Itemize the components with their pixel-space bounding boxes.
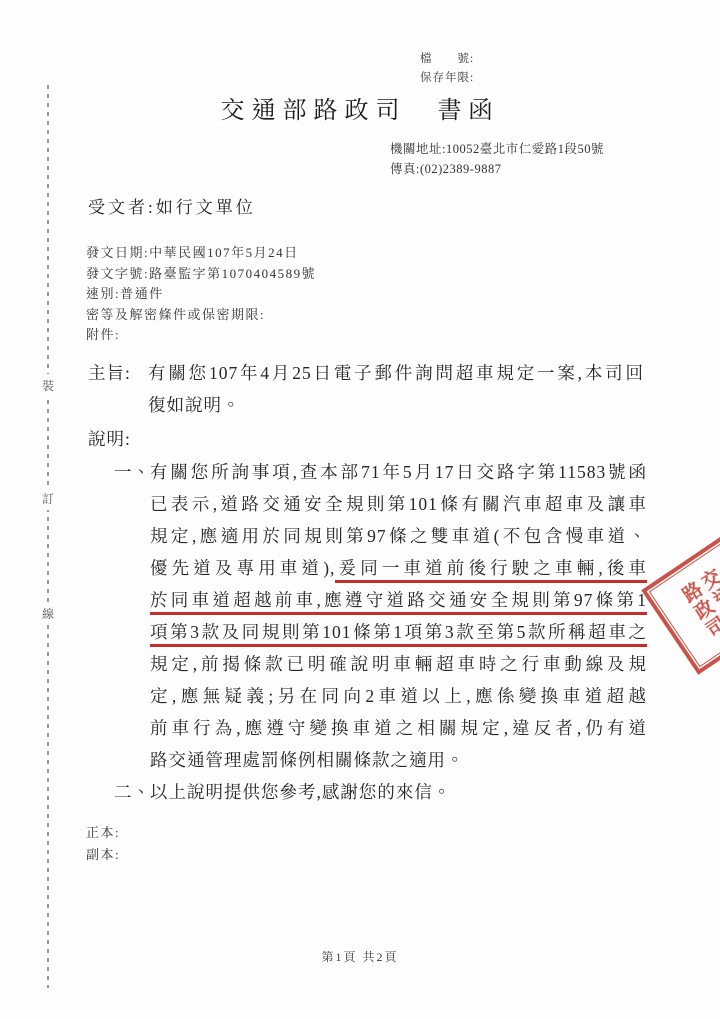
agency-contact-block: 機關地址:10052臺北市仁愛路1段50號 傳真:(02)2389-9887 [390,139,604,179]
agency-address: 機關地址:10052臺北市仁愛路1段50號 [390,139,604,159]
red-underlined-text: 項第3款及同規則第101條第1項第3款至第5款所稱超車之 [150,622,647,647]
binding-char-zhuang: 裝 [40,374,56,397]
page-number-footer: 第1頁 共2頁 [0,948,720,965]
subject-label: 主旨: [88,357,131,389]
original-copy-label: 正本: [86,822,120,844]
body-line: 定,應無疑義;另在同向2車道以上,應係變換車道超越 [150,680,647,712]
red-underlined-text: 爰同一車道前後行駛之車輛,後車 [335,558,647,583]
body-line-text: 路交通管理處罰條例相關條款之適用。 [150,750,465,770]
item-2-number: 二、 [114,776,151,808]
item-1-number: 一、 [114,456,151,488]
body-line: 前車行為,應遵守變換車道之相關規定,違反者,仍有道 [150,712,647,744]
security-class-line: 密等及解密條件或保密期限: [86,305,316,326]
official-letter-page: 裝 訂 線 檔 號: 保存年限: 交通部路政司 書函 機關地址:10052臺北市… [0,0,720,1019]
red-underlined-text: 於同車道超越前車,應遵守道路交通安全規則第97條第1 [150,590,647,615]
body-line-text: 有關您所詢事項,查本部71年5月17日交路字第11583號函 [150,462,647,482]
item-1-body: 有關您所詢事項,查本部71年5月17日交路字第11583號函 已表示,道路交通安… [150,456,647,776]
body-line-text: 定,應無疑義;另在同向2車道以上,應係變換車道超越 [150,686,647,706]
attachment-line: 附件: [86,325,316,346]
duplicate-copy-label: 副本: [86,844,120,866]
doc-number-line: 發文字號:路臺監字第1070404589號 [86,264,316,285]
body-line: 有關您所詢事項,查本部71年5月17日交路字第11583號函 [150,456,647,488]
file-number-label: 檔 號: [420,50,474,69]
subject-text-line-1: 有關您107年4月25日電子郵件詢問超車規定一案,本司回 [148,357,644,389]
body-line: 已表示,道路交通安全規則第101條有關汽車超車及讓車 [150,488,647,520]
item-2-text: 以上說明提供您參考,感謝您的來信。 [150,776,451,808]
copies-block: 正本: 副本: [86,822,120,866]
body-line: 項第3款及同規則第101條第1項第3款至第5款所稱超車之 [150,616,647,648]
issue-date-line: 發文日期:中華民國107年5月24日 [86,243,316,264]
binding-char-xian: 線 [40,602,56,625]
subject-body: 有關您107年4月25日電子郵件詢問超車規定一案,本司回 復如說明。 [148,357,644,421]
agency-fax: 傳真:(02)2389-9887 [390,159,604,179]
body-line-text: 優先道及專用車道), [150,558,335,578]
retention-period-label: 保存年限: [420,69,474,88]
body-line-text: 前車行為,應遵守變換車道之相關規定,違反者,仍有道 [150,718,647,738]
body-line: 規定,前揭條款已明確說明車輛超車時之行車動線及規 [150,648,647,680]
binding-dashed-line [47,85,49,988]
body-line: 優先道及專用車道),爰同一車道前後行駛之車輛,後車 [150,552,647,584]
document-meta-block: 發文日期:中華民國107年5月24日 發文字號:路臺監字第1070404589號… [86,243,316,346]
body-line-text: 規定,前揭條款已明確說明車輛超車時之行車動線及規 [150,654,647,674]
document-title: 交通部路政司 書函 [0,90,720,125]
explanation-label: 說明: [88,423,131,455]
body-line-text: 規定,應適用於同規則第97條之雙車道(不包含慢車道、 [150,526,647,546]
body-line: 路交通管理處罰條例相關條款之適用。 [150,744,647,776]
subject-text-line-2: 復如說明。 [148,389,644,421]
body-line: 規定,應適用於同規則第97條之雙車道(不包含慢車道、 [150,520,647,552]
speed-class-line: 速別:普通件 [86,284,316,305]
body-line-text: 已表示,道路交通安全規則第101條有關汽車超車及讓車 [150,494,647,514]
recipient-line: 受文者:如行文單位 [88,193,256,218]
file-number-block: 檔 號: 保存年限: [420,50,474,88]
body-line: 於同車道超越前車,應遵守道路交通安全規則第97條第1 [150,584,647,616]
binding-char-ding: 訂 [40,487,56,510]
official-red-seal: 路政司 交通部 [641,533,720,675]
